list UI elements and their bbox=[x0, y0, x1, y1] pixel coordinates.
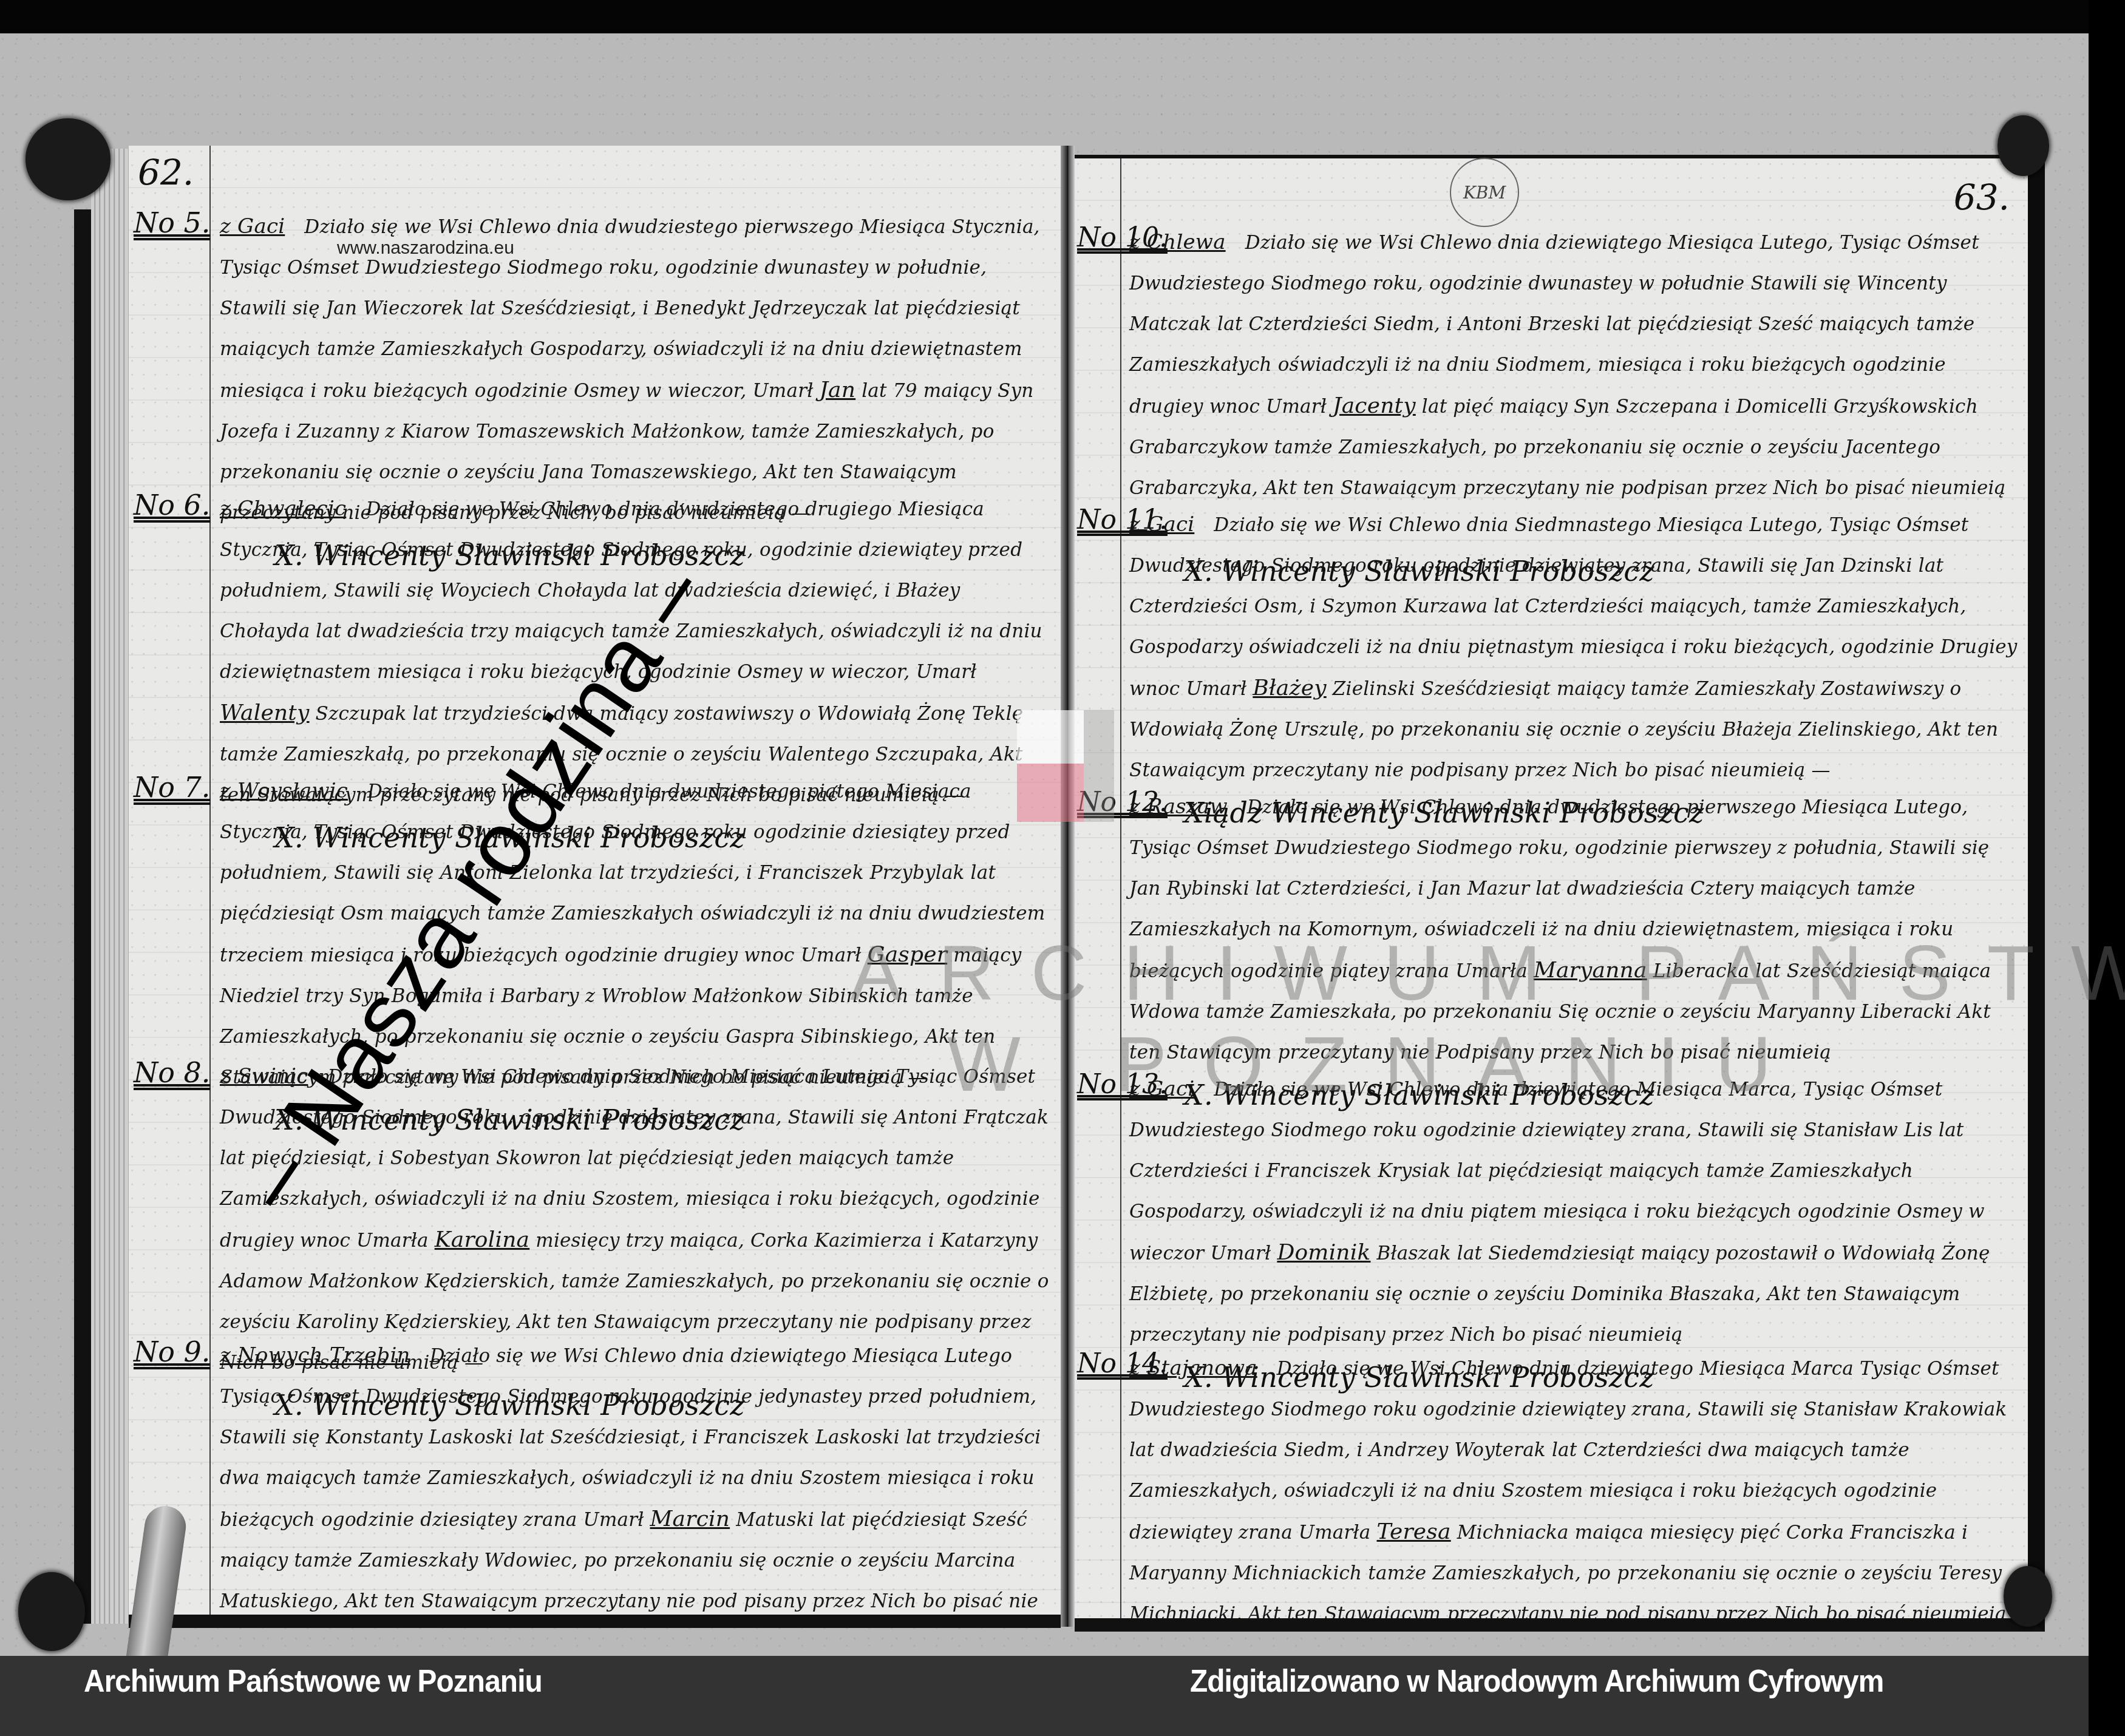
archive-credit: Archiwum Państwowe w Poznaniu bbox=[84, 1663, 542, 1700]
entry-number: No 9. bbox=[134, 1335, 210, 1368]
deceased-name: Teresa bbox=[1377, 1519, 1451, 1544]
entry-place: z Chwałęcic bbox=[220, 497, 346, 521]
deceased-name: Jan bbox=[819, 378, 855, 402]
scan-right-border bbox=[2089, 0, 2125, 1736]
deceased-name: Dominik bbox=[1277, 1240, 1370, 1265]
page-clip-top-left bbox=[25, 118, 110, 200]
entry-number: No 6. bbox=[134, 489, 210, 521]
page-clip-bottom-right bbox=[2004, 1566, 2052, 1627]
left-page: 62. No 5. z Gaci Działo się we Wsi Chlew… bbox=[129, 146, 1061, 1628]
book-page-stack bbox=[91, 149, 129, 1624]
library-stamp: KBM bbox=[1450, 158, 1519, 227]
book-gutter bbox=[1061, 146, 1075, 1627]
margin-rule bbox=[209, 146, 211, 1615]
page-number-right: 63. bbox=[1954, 177, 2010, 218]
entry-number: No 7. bbox=[134, 771, 210, 804]
entry-place: z Gaci bbox=[220, 214, 285, 239]
deceased-name: Błażey bbox=[1253, 676, 1326, 700]
archive-flag-shade bbox=[1084, 710, 1114, 822]
entry-place: z Raszaw bbox=[1129, 795, 1228, 819]
entry-place: z Chlewa bbox=[1129, 230, 1226, 254]
archive-watermark-line1: ARCHIWUM PAŃSTWOWE bbox=[850, 929, 2125, 1018]
right-page: 63. No 10. z Chlewa Działo się we Wsi Ch… bbox=[1075, 155, 2045, 1632]
entry-text: z Stajanowa Działo się we Wsi Chlewo dni… bbox=[1129, 1348, 2021, 1632]
entry-place: z Nowych Trzebin bbox=[220, 1343, 410, 1368]
archive-watermark-line2: W POZNANIU bbox=[947, 1020, 1808, 1109]
deceased-name: Jacenty bbox=[1333, 393, 1416, 418]
deceased-name: Karolina bbox=[435, 1227, 530, 1252]
entry-number: No 8. bbox=[134, 1056, 210, 1089]
site-url-watermark: www.naszarodzina.eu bbox=[337, 238, 514, 259]
page-clip-bottom-left bbox=[18, 1572, 85, 1651]
page-number-left: 62. bbox=[138, 152, 194, 193]
entry-text: z Nowych Trzebin Działo się we Wsi Chlew… bbox=[220, 1335, 1053, 1628]
margin-rule bbox=[1120, 158, 1121, 1618]
scan-top-border bbox=[0, 0, 2125, 33]
book-cover-edge bbox=[74, 209, 91, 1624]
archive-flag-red bbox=[1017, 764, 1084, 822]
entry-number: No 5. bbox=[134, 206, 210, 239]
deceased-name: Marcin bbox=[650, 1507, 730, 1531]
entry-place: z Stajanowa bbox=[1129, 1356, 1257, 1380]
deceased-name: Walenty bbox=[220, 700, 310, 725]
entry-text: z Gaci Działo się we Wsi Chlewo dnia Sie… bbox=[1129, 504, 2021, 835]
archive-flag-white bbox=[1017, 710, 1084, 764]
digitization-credit: Zdigitalizowano w Narodowym Archiwum Cyf… bbox=[1190, 1663, 1883, 1700]
entry-place: z Gaci bbox=[1129, 512, 1194, 537]
page-clip-top-right bbox=[1997, 115, 2049, 176]
entry-place: z Woysławic bbox=[220, 779, 348, 803]
